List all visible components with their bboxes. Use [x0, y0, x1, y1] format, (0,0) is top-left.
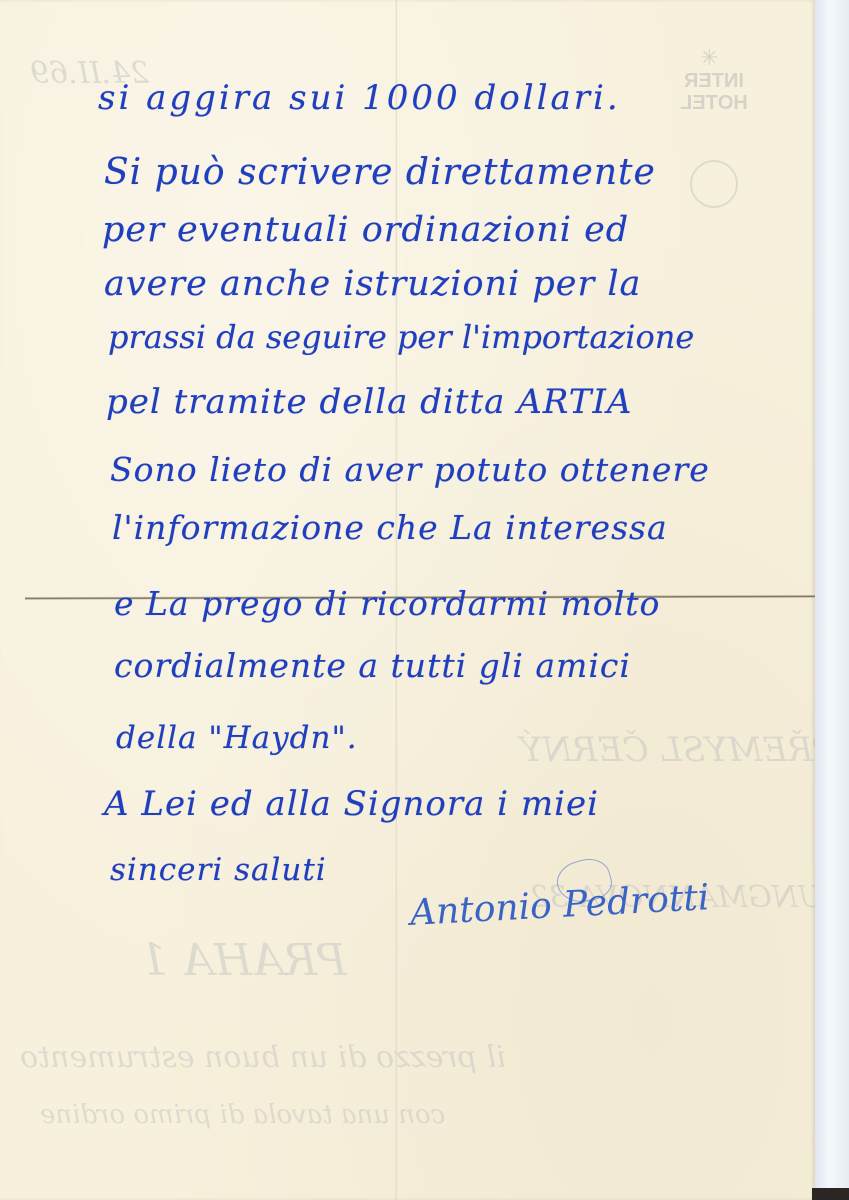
letter-line: per eventuali ordinazioni ed [102, 210, 629, 250]
letter-line: A Lei ed alla Signora i miei [104, 784, 599, 824]
letter-line: sinceri saluti [110, 852, 327, 888]
scanned-letter: 24.II.69 ✳ INTER HOTEL PŘEMYSL ČERNÝ JUN… [0, 0, 849, 1200]
letter-line: pel tramite della ditta ARTIA [106, 382, 632, 422]
scanner-corner [812, 1188, 849, 1200]
letter-line: e La prego di ricordarmi molto [114, 584, 660, 623]
letterhead-line-2: HOTEL [680, 92, 748, 114]
signature: Antonio Pedrotti [409, 877, 710, 934]
letter-line: avere anche istruzioni per la [104, 264, 641, 304]
letter-line: Sono lieto di aver potuto ottenere [110, 450, 710, 489]
ghost-reverse-line: PRAHA 1 [140, 935, 347, 986]
letter-line: della "Haydn". [116, 720, 358, 756]
letter-line: Si può scrivere direttamente [104, 152, 656, 193]
ghost-reverse-line: con una tavola di primo ordine [40, 1100, 445, 1130]
paper-sheet: 24.II.69 ✳ INTER HOTEL PŘEMYSL ČERNÝ JUN… [0, 0, 815, 1200]
letterhead-line-1: INTER [680, 70, 748, 92]
letter-line: cordialmente a tutti gli amici [114, 646, 631, 685]
letter-line: si aggira sui 1000 dollari. [98, 78, 621, 118]
ghost-reverse-line: il prezzo di un buon estrumento [20, 1040, 506, 1075]
letterhead-star-icon: ✳ [700, 45, 718, 71]
letter-line: l'informazione che La interessa [112, 508, 668, 547]
ghost-reverse-line: PŘEMYSL ČERNÝ [520, 730, 815, 770]
scanner-background-edge [815, 0, 849, 1200]
letterhead-emblem-icon [690, 160, 738, 208]
letter-line: prassi da seguire per l'importazione [108, 318, 694, 356]
letterhead-logo: INTER HOTEL [680, 70, 748, 114]
